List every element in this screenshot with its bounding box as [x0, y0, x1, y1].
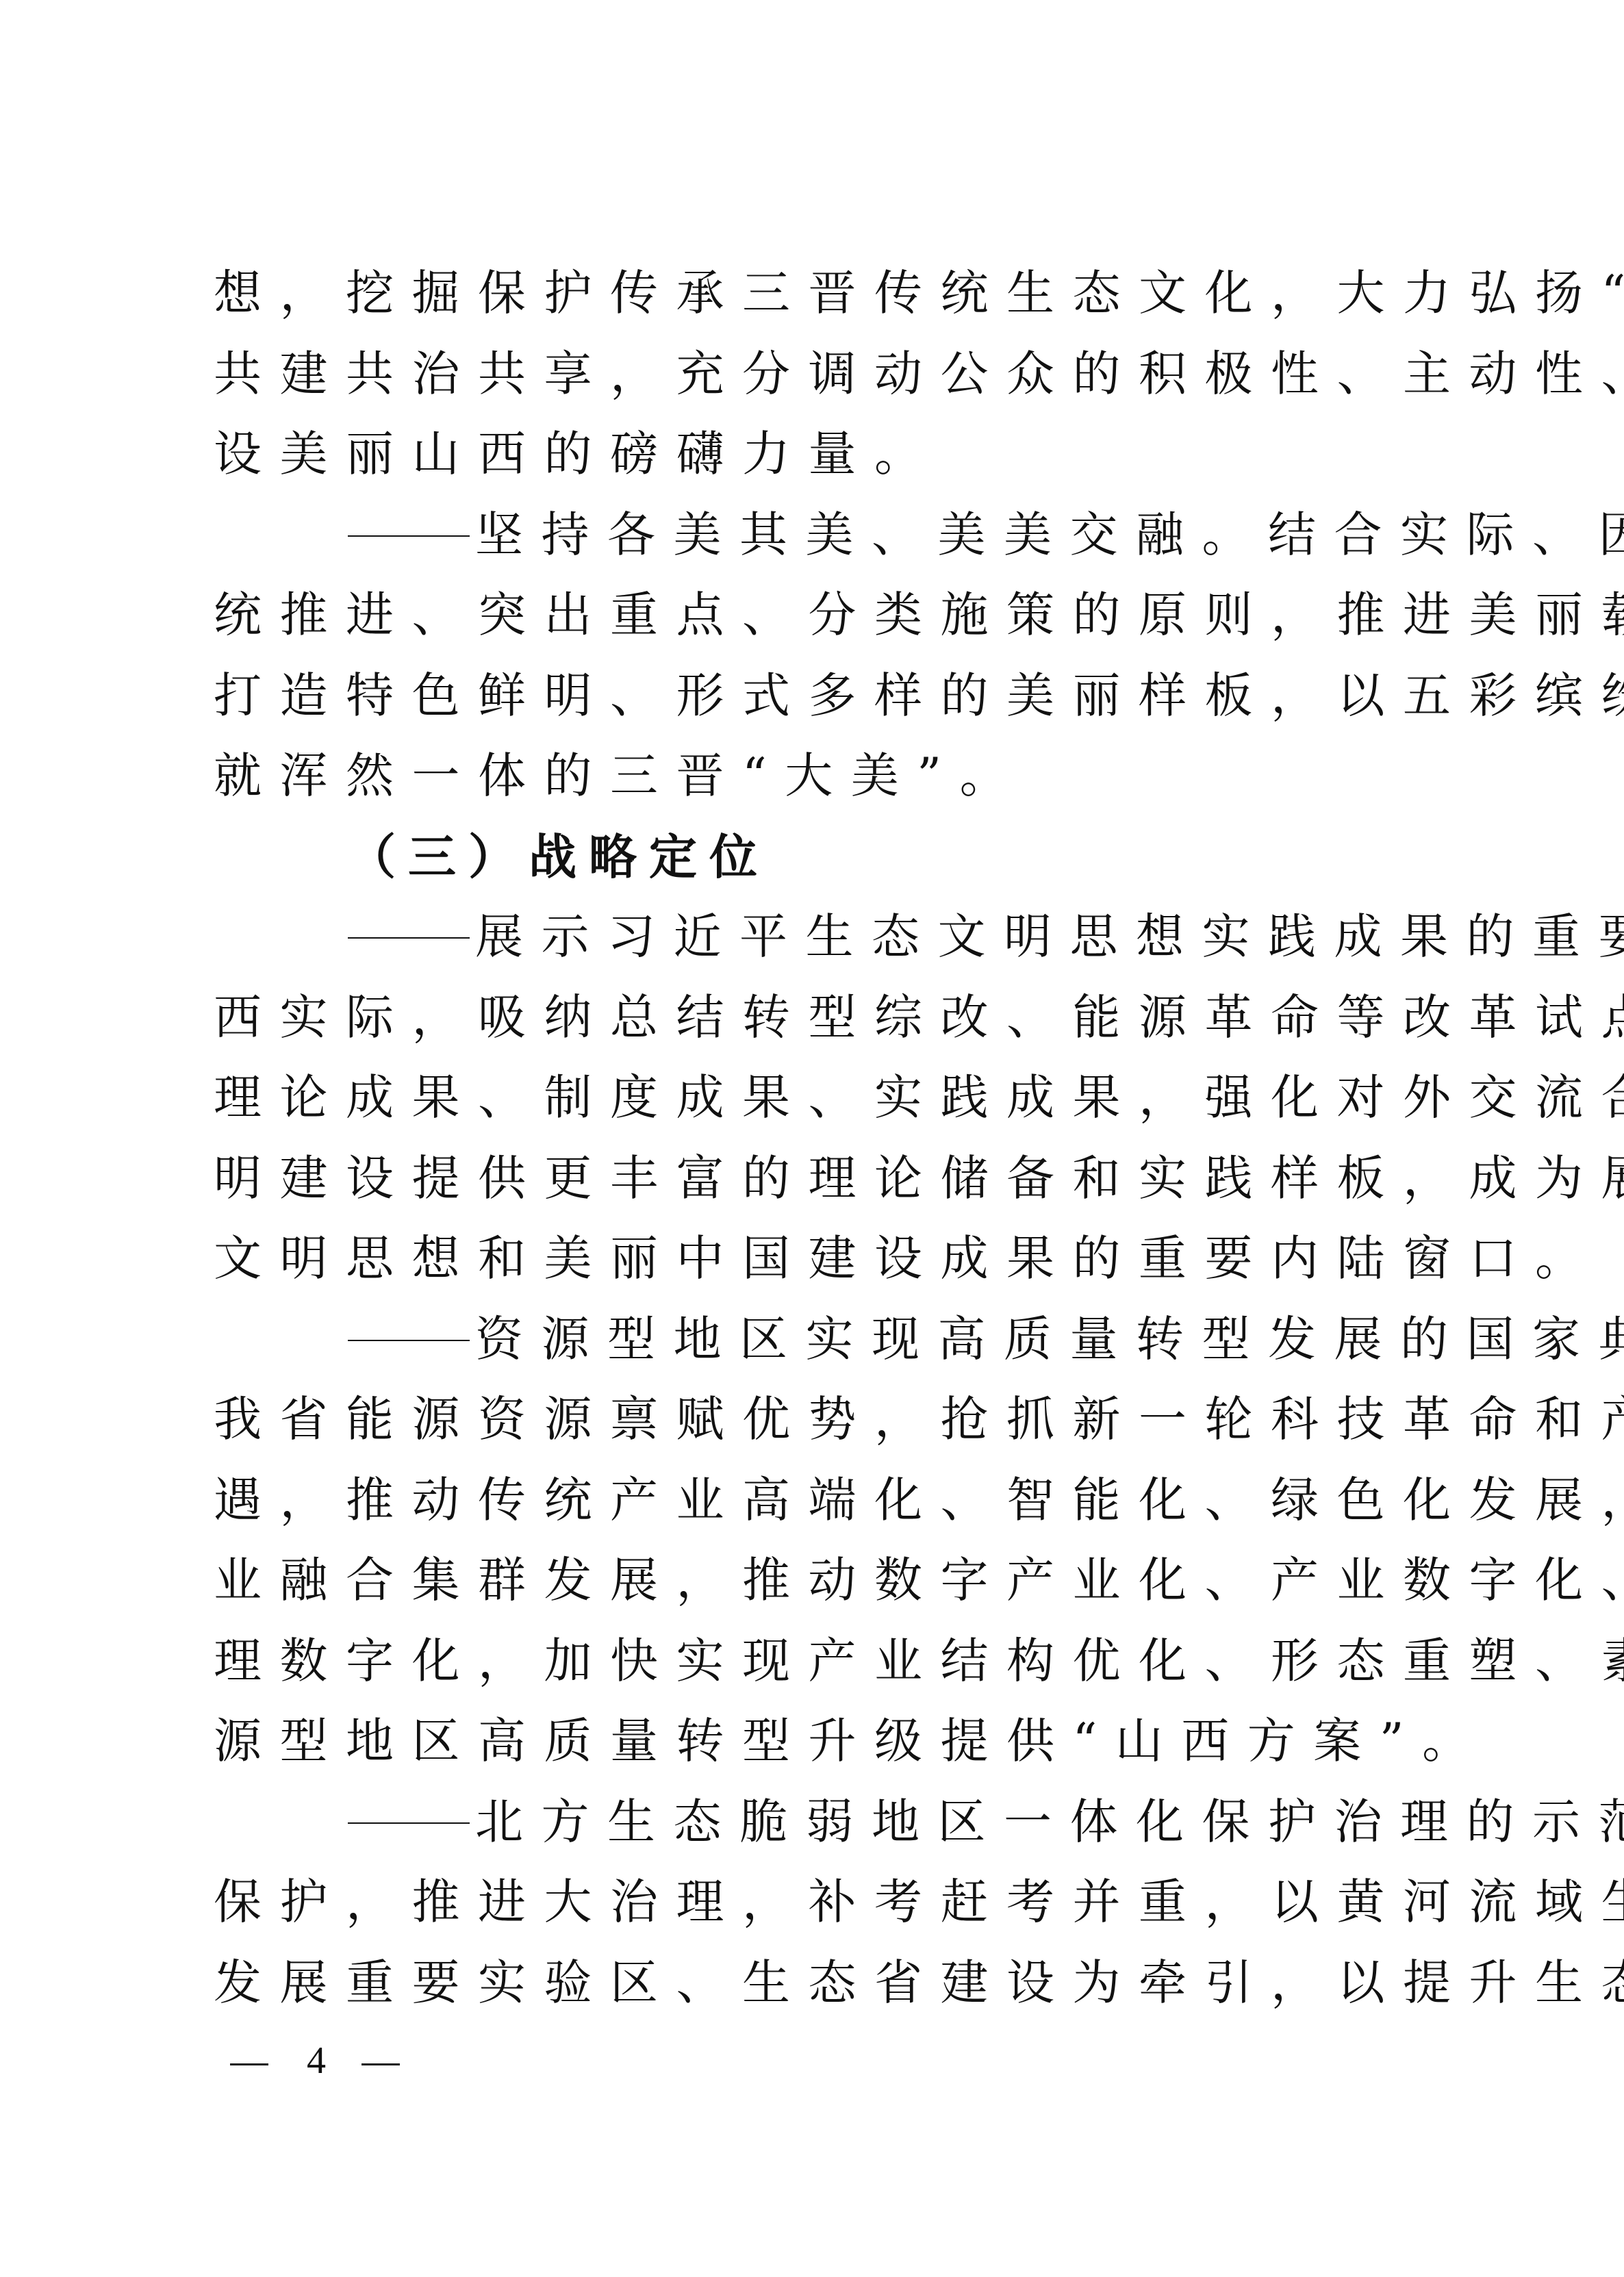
- text-line: 理数字化，加快实现产业结构优化、形态重塑、素质提升，为我国资: [214, 1621, 1419, 1702]
- text-line: 文明思想和美丽中国建设成果的重要内陆窗口。: [214, 1219, 1419, 1299]
- em-dash-icon: [348, 937, 470, 939]
- page-number-value: 4: [307, 2033, 326, 2088]
- text-line: 想，挖掘保护传承三晋传统生态文化，大力弘扬“右玉精神”，突出: [214, 253, 1419, 334]
- text-line: 源型地区高质量转型升级提供“山西方案”。: [214, 1701, 1419, 1782]
- page-number-left-dash: [230, 2063, 268, 2065]
- page-number: 4: [230, 2033, 400, 2088]
- dash-item-first-line: 北方生态脆弱地区一体化保护治理的示范标杆。强化大: [214, 1782, 1419, 1863]
- dash-item-first-line: 坚持各美其美、美美交融。结合实际、因地制宜，按照系: [214, 495, 1419, 576]
- em-dash-icon: [348, 1822, 470, 1824]
- text-line: 坚持各美其美、美美交融。结合实际、因地制宜，按照系: [475, 507, 1624, 563]
- section-heading: （三）战略定位: [214, 817, 1419, 898]
- document-page: 想，挖掘保护传承三晋传统生态文化，大力弘扬“右玉精神”，突出 共建共治共享，充分…: [0, 0, 1624, 2277]
- text-line: 就浑然一体的三晋“大美”。: [214, 736, 1419, 817]
- dash-item-first-line: 资源型地区实现高质量转型发展的国家典范。充分发挥: [214, 1299, 1419, 1380]
- text-line: 业融合集群发展，推动数字产业化、产业数字化、数据价值化和治: [214, 1540, 1419, 1621]
- text-line: 资源型地区实现高质量转型发展的国家典范。充分发挥: [475, 1311, 1624, 1367]
- text-line: 打造特色鲜明、形式多样的美丽样板，以五彩缤纷的众多“小美”铸: [214, 656, 1419, 737]
- text-line: 西实际，吸纳总结转型综改、能源革命等改革试点经验，总结提升: [214, 978, 1419, 1058]
- text-line: 北方生态脆弱地区一体化保护治理的示范标杆。强化大: [475, 1794, 1624, 1850]
- text-line: 展示习近平生态文明思想实践成果的重要窗口。立足山: [475, 908, 1624, 965]
- em-dash-icon: [348, 1340, 470, 1341]
- dash-item-first-line: 展示习近平生态文明思想实践成果的重要窗口。立足山: [214, 897, 1419, 978]
- text-line: 共建共治共享，充分调动公众的积极性、主动性、创造性，汇聚起建: [214, 334, 1419, 415]
- text-line: 保护，推进大治理，补考赶考并重，以黄河流域生态保护和高质量: [214, 1862, 1419, 1943]
- text-line: 明建设提供更丰富的理论储备和实践样板，成为展示习近平生态: [214, 1138, 1419, 1219]
- page-number-right-dash: [361, 2063, 400, 2065]
- text-line: 发展重要实验区、生态省建设为牵引，以提升生态系统质量和稳定: [214, 1943, 1419, 2024]
- text-line: 统推进、突出重点、分类施策的原则，推进美丽载体示范创建活动，: [214, 575, 1419, 656]
- text-line: 理论成果、制度成果、实践成果，强化对外交流合作，为全国生态文: [214, 1058, 1419, 1138]
- em-dash-icon: [348, 535, 470, 537]
- body-text: 想，挖掘保护传承三晋传统生态文化，大力弘扬“右玉精神”，突出 共建共治共享，充分…: [214, 253, 1419, 2023]
- text-line: 设美丽山西的磅礴力量。: [214, 414, 1419, 495]
- text-line: 遇，推动传统产业高端化、智能化、绿色化发展，加快战略性新兴产: [214, 1460, 1419, 1541]
- text-line: 我省能源资源禀赋优势，抢抓新一轮科技革命和产业变革时代机: [214, 1379, 1419, 1460]
